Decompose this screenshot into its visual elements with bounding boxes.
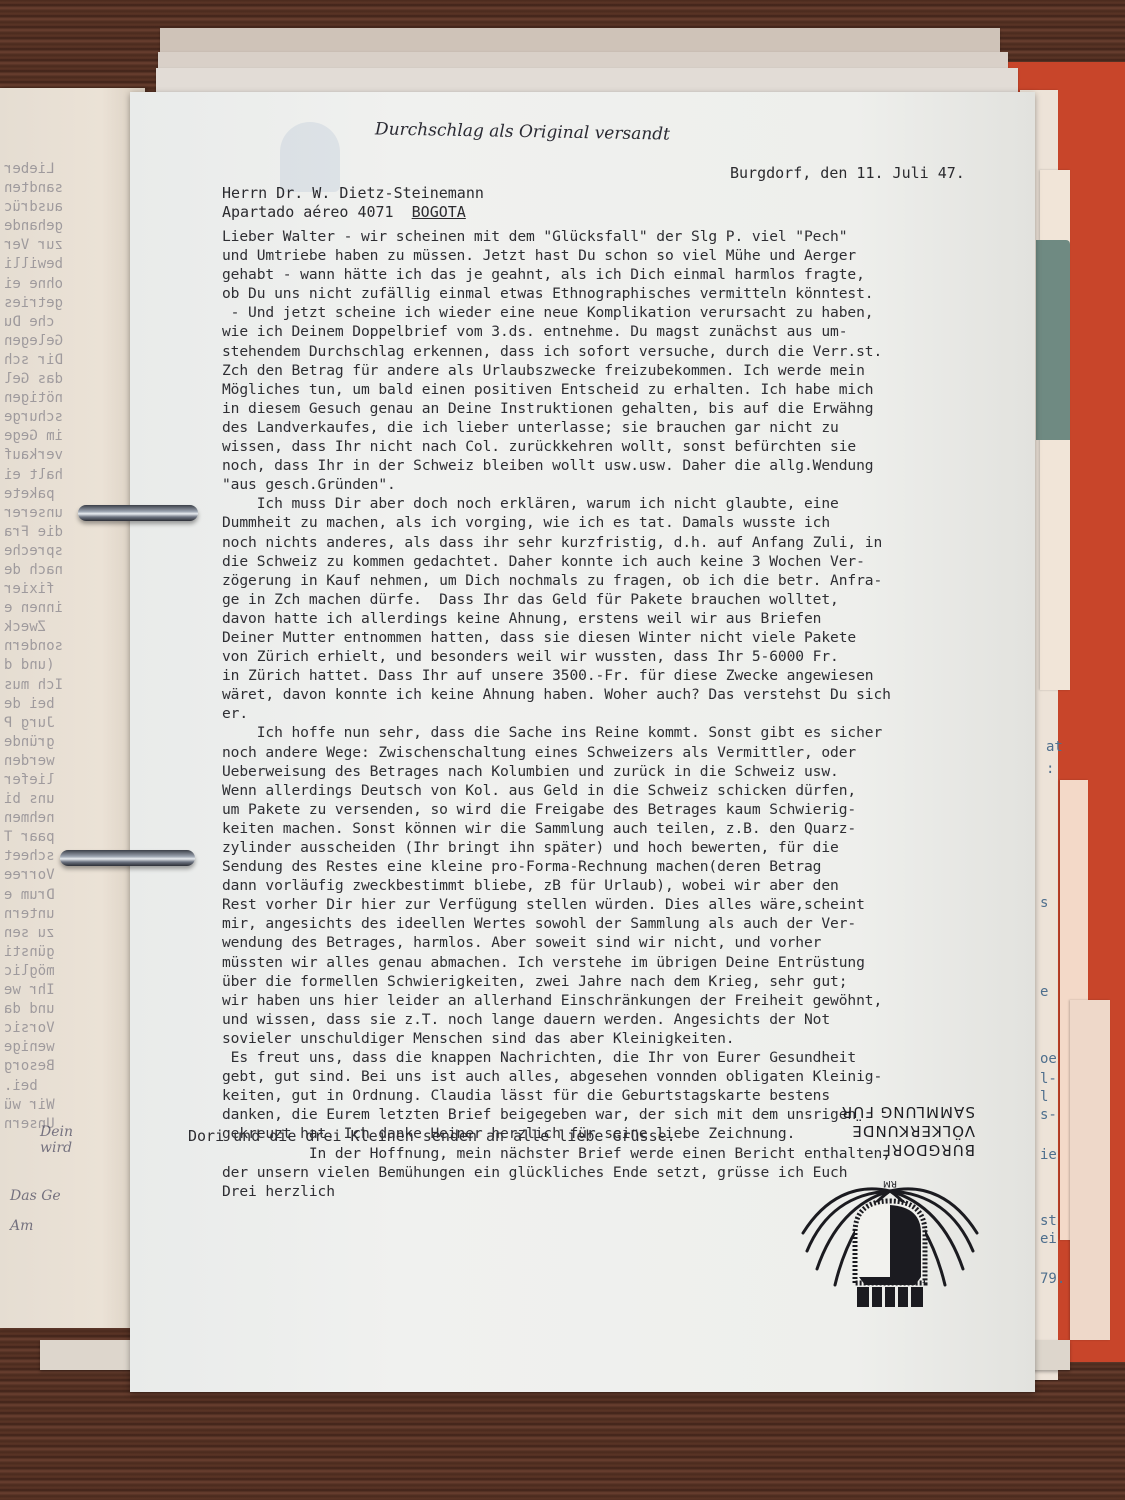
- ghost-line: uns bi: [4, 790, 92, 809]
- ghost-line: Gelegen: [4, 332, 92, 351]
- postscript: Dori und die drei Kleinen senden an alle…: [188, 1127, 676, 1145]
- letter-line: wäret, davon konnte ich keine Ahnung hab…: [222, 685, 1042, 704]
- edge-fragment: ie: [1040, 1148, 1057, 1163]
- ghost-line: Wir wü: [4, 1096, 92, 1115]
- ghost-line: Jurg P: [4, 714, 92, 733]
- ghost-line: Lieber: [4, 160, 92, 179]
- ghost-line: spreche: [4, 542, 92, 561]
- left-signoff: Dein: [40, 1124, 73, 1140]
- ghost-line: ausdrüc: [4, 198, 92, 217]
- letter-line: die Schweiz zu kommen gedachtet. Daher k…: [222, 552, 1042, 571]
- side-sheet-edge: [1070, 1000, 1110, 1340]
- letter-line: sovieler unschuldiger Menschen sind das …: [222, 1029, 1042, 1048]
- ghost-line: zu sen: [4, 924, 92, 943]
- ghost-line: halt ei: [4, 466, 92, 485]
- ghost-line: Zweck: [4, 618, 92, 637]
- stamp-line: BURGDORF: [795, 1140, 975, 1159]
- ghost-line: untern: [4, 905, 92, 924]
- show-through-emblem: [280, 122, 340, 192]
- ghost-line: Besorg: [4, 1057, 92, 1076]
- edge-fragment: oe: [1040, 1052, 1057, 1067]
- letter-line: mir, angesichts des ideellen Wertes sowo…: [222, 914, 1042, 933]
- ghost-line: Drum e: [4, 886, 92, 905]
- ghost-line: günsti: [4, 943, 92, 962]
- left-handwriting: Am: [10, 1218, 33, 1234]
- svg-text:RM: RM: [883, 1178, 897, 1188]
- letter-line: Mögliches tun, um bald einen positiven E…: [222, 380, 1042, 399]
- letter-line: Ich muss Dir aber doch noch erklären, wa…: [222, 494, 1042, 513]
- stamp-text: BURGDORF VÖLKERKUNDE SAMMLUNG FÜR: [795, 1102, 995, 1159]
- ghost-line: che Du: [4, 313, 92, 332]
- letter-body: Lieber Walter - wir scheinen mit dem "Gl…: [222, 227, 1042, 1201]
- museum-emblem-icon: RM: [795, 1173, 985, 1308]
- ghost-line: das Gel: [4, 370, 92, 389]
- letter-line: dann vorläufig zweckbestimmt bliebe, zB …: [222, 876, 1042, 895]
- letter-line: keiten machen. Sonst können wir die Samm…: [222, 819, 1042, 838]
- ghost-line: nehmen: [4, 809, 92, 828]
- letter-page[interactable]: Durchschlag als Original versandt Burgdo…: [130, 92, 1035, 1392]
- ghost-line: gehande: [4, 217, 92, 236]
- edge-fragment: at: [1046, 740, 1063, 755]
- left-page-carbon-copy[interactable]: Liebersandtenausdrücgehandezur Verbewill…: [0, 88, 145, 1328]
- edge-fragment: :: [1046, 762, 1054, 777]
- ghost-line: (und d: [4, 656, 92, 675]
- letter-line: zylinder ausscheiden (Ihr bringt ihn spä…: [222, 838, 1042, 857]
- letter-line: - Und jetzt scheine ich wieder eine neue…: [222, 303, 1042, 322]
- edge-fragment: l-: [1040, 1072, 1057, 1087]
- letter-line: zögerung in Kauf nehmen, um Dich nochmal…: [222, 571, 1042, 590]
- ghost-line: bei.: [4, 1077, 92, 1096]
- ghost-line: innen e: [4, 599, 92, 618]
- ghost-line: nötigen: [4, 389, 92, 408]
- letter-line: "aus gesch.Gründen".: [222, 475, 1042, 494]
- ghost-line: bei de: [4, 695, 92, 714]
- letter-line: und wissen, dass sie z.T. noch lange dau…: [222, 1010, 1042, 1029]
- ghost-line: im Gege: [4, 427, 92, 446]
- institution-stamp: BURGDORF VÖLKERKUNDE SAMMLUNG FÜR RM: [795, 1102, 995, 1308]
- ghost-line: die Fra: [4, 523, 92, 542]
- ghost-line: werden: [4, 752, 92, 771]
- ghost-line: gründe: [4, 733, 92, 752]
- recipient-address: Herrn Dr. W. Dietz-Steinemann Apartado a…: [222, 184, 484, 222]
- recipient-name: Herrn Dr. W. Dietz-Steinemann: [222, 184, 484, 202]
- left-handwriting: Das Ge: [10, 1188, 61, 1204]
- letter-line: Lieber Walter - wir scheinen mit dem "Gl…: [222, 227, 1042, 246]
- letter-line: von Zürich erhielt, und besonders weil w…: [222, 647, 1042, 666]
- ghost-line: bewilli: [4, 255, 92, 274]
- letter-line: Ueberweisung des Betrages nach Kolumbien…: [222, 762, 1042, 781]
- mirrored-text-fragments: Liebersandtenausdrücgehandezur Verbewill…: [4, 160, 92, 1134]
- ghost-line: Ich mus: [4, 676, 92, 695]
- ghost-line: sandten: [4, 179, 92, 198]
- ghost-line: wenige: [4, 1038, 92, 1057]
- ghost-line: Dir sch: [4, 351, 92, 370]
- ghost-line: ohne ei: [4, 275, 92, 294]
- ghost-line: und da: [4, 1000, 92, 1019]
- letter-line: Wenn allerdings Deutsch von Kol. aus Gel…: [222, 781, 1042, 800]
- letter-line: Es freut uns, dass die knappen Nachricht…: [222, 1048, 1042, 1067]
- letter-line: wir haben uns hier leider an allerhand E…: [222, 991, 1042, 1010]
- letter-line: des Landverkaufes, die ich lieber unterl…: [222, 418, 1042, 437]
- place-date: Burgdorf, den 11. Juli 47.: [730, 164, 965, 182]
- handwritten-note: Durchschlag als Original versandt: [375, 119, 670, 144]
- ghost-line: Vorsic: [4, 1019, 92, 1038]
- letter-line: davon hatte ich allerdings keine Ahnung,…: [222, 609, 1042, 628]
- letter-line: noch nichts anderes, als dass ihr sehr k…: [222, 533, 1042, 552]
- letter-line: noch andere Wege: Zwischenschaltung eine…: [222, 743, 1042, 762]
- recipient-postbox: Apartado aéreo 4071: [222, 203, 394, 221]
- edge-fragment: ei: [1040, 1232, 1057, 1247]
- letter-line: Sendung des Restes eine kleine pro-Forma…: [222, 857, 1042, 876]
- ghost-line: getries: [4, 294, 92, 313]
- letter-line: gehabt - wann hätte ich das je geahnt, a…: [222, 265, 1042, 284]
- left-signoff: wird: [40, 1140, 72, 1156]
- ghost-line: möglic: [4, 962, 92, 981]
- edge-fragment: st: [1040, 1214, 1057, 1229]
- edge-fragment: 79.: [1040, 1272, 1065, 1287]
- letter-line: er.: [222, 704, 1042, 723]
- letter-line: und Umtriebe haben zu müssen. Jetzt hast…: [222, 246, 1042, 265]
- letter-line: müssten wir alles genau abmachen. Ich ve…: [222, 953, 1042, 972]
- ghost-line: nach de: [4, 561, 92, 580]
- recipient-city: BOGOTA: [412, 203, 466, 221]
- letter-line: noch, dass Ihr in der Schweiz bleiben wo…: [222, 456, 1042, 475]
- letter-line: gebt, gut sind. Bei uns ist auch alles, …: [222, 1067, 1042, 1086]
- binder-ring[interactable]: [78, 505, 198, 521]
- edge-fragment: s-: [1040, 1108, 1057, 1123]
- ghost-line: fixier: [4, 580, 92, 599]
- letter-line: wissen, dass Ihr nicht nach Col. zurückk…: [222, 437, 1042, 456]
- ghost-line: Vorree: [4, 866, 92, 885]
- letter-line: ge in Zch machen dürfe. Dass Ihr das Gel…: [222, 590, 1042, 609]
- binder-ring[interactable]: [60, 850, 195, 866]
- letter-line: um Pakete zu versenden, so wird die Frei…: [222, 800, 1042, 819]
- letter-line: Zch den Betrag für andere als Urlaubszwe…: [222, 361, 1042, 380]
- letter-line: Rest vorher Dir hier zur Verfügung stell…: [222, 895, 1042, 914]
- letter-line: Deiner Mutter entnommen hatten, dass sie…: [222, 628, 1042, 647]
- letter-line: wendung des Betrages, harmlos. Aber sowe…: [222, 933, 1042, 952]
- ghost-line: Ihr we: [4, 981, 92, 1000]
- stamp-line: VÖLKERKUNDE: [795, 1121, 975, 1140]
- ghost-line: schurge: [4, 408, 92, 427]
- ghost-line: pakete: [4, 485, 92, 504]
- letter-line: Ich hoffe nun sehr, dass die Sache ins R…: [222, 723, 1042, 742]
- ghost-line: liefer: [4, 771, 92, 790]
- ghost-line: verkauf: [4, 446, 92, 465]
- ghost-line: paar T: [4, 828, 92, 847]
- letter-line: Dummheit zu machen, als ich vorging, wie…: [222, 513, 1042, 532]
- stamp-line: SAMMLUNG FÜR: [795, 1102, 975, 1121]
- letter-line: stehendem Durchschlag erkennen, dass ich…: [222, 342, 1042, 361]
- letter-line: über die formellen Schwierigkeiten, zwei…: [222, 972, 1042, 991]
- letter-line: ob Du uns nicht zufällig einmal etwas Et…: [222, 284, 1042, 303]
- letter-line: wie ich Deinem Doppelbrief vom 3.ds. ent…: [222, 322, 1042, 341]
- letter-line: in Zürich hattet. Dass Ihr auf unsere 35…: [222, 666, 1042, 685]
- letter-line: in diesem Gesuch genau an Deine Instrukt…: [222, 399, 1042, 418]
- ghost-line: zur Ver: [4, 236, 92, 255]
- ghost-line: sondern: [4, 637, 92, 656]
